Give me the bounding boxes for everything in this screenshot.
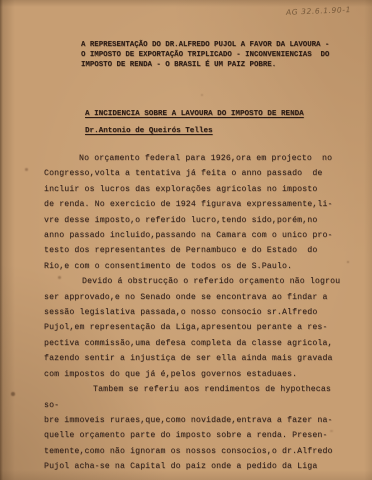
paragraph-2: Devido á obstrucção o referido orçamento…: [44, 274, 344, 382]
archive-code-annotation: AG 32.6.1.90-1: [286, 4, 370, 17]
article-title: A INCIDENCIA SOBRE A LAVOURA DO IMPOSTO …: [85, 110, 304, 118]
article-author: Dr.Antonio de Queirós Telles: [85, 127, 213, 135]
paper-stain: [58, 276, 61, 279]
document-page: AG 32.6.1.90-1 A REPRESENTAÇÃO DO DR.ALF…: [0, 0, 372, 480]
paragraph-3: Tambem se referiu aos rendimentos de hyp…: [44, 382, 344, 474]
document-header-summary: A REPRESENTAÇÃO DO DR.ALFREDO PUJOL A FA…: [81, 40, 341, 70]
paper-stain: [201, 94, 203, 96]
paper-stain: [25, 168, 28, 171]
paper-stain: [11, 392, 15, 396]
paper-stain: [347, 261, 349, 263]
article-body: No orçamento federal para 1926,ora em pr…: [44, 151, 344, 475]
paragraph-1: No orçamento federal para 1926,ora em pr…: [44, 151, 344, 274]
paper-stain: [330, 430, 333, 432]
